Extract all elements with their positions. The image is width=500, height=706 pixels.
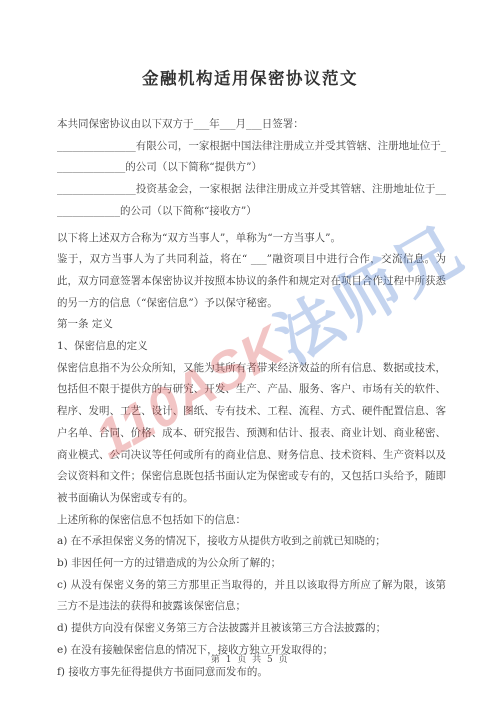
paragraph-12: c) 从没有保密义务的第三方那里正当取得的，并且以该取得方所应了解为限，该第三方… [57, 575, 446, 618]
paragraph-10: a) 在不承担保密义务的情况下，接收方从提供方收到之前就已知晓的； [57, 531, 446, 553]
paragraph-4: 以下将上述双方合称为“双方当事人”，单称为“一方当事人”。 [57, 228, 446, 250]
document-body: 本共同保密协议由以下双方于___年___月___日签署：____________… [57, 114, 446, 683]
paragraph-8: 保密信息指不为公众所知，又能为其所有者带来经济效益的所有信息、数据或技术，包括但… [57, 358, 446, 510]
page-number: 第 1 页 共 5 页 [0, 652, 500, 665]
paragraph-1: 本共同保密协议由以下双方于___年___月___日签署： [57, 114, 446, 136]
paragraph-2: _______________有限公司，一家根据中国法律注册成立并受其管辖、注册… [57, 136, 446, 179]
paragraph-3: _______________投资基金会，一家根据 法律注册成立并受其管辖、注册… [57, 179, 446, 222]
paragraph-7: 1、保密信息的定义 [57, 336, 446, 358]
paragraph-5: 鉴于，双方当事人为了共同利益，将在“ ___”融资项目中进行合作，交流信息。为此… [57, 249, 446, 314]
paragraph-9: 上述所称的保密信息不包括如下的信息： [57, 510, 446, 532]
document-page: 金融机构适用保密协议范文 本共同保密协议由以下双方于___年___月___日签署… [0, 0, 500, 706]
paragraph-13: d) 提供方向没有保密义务第三方合法披露并且被该第三方合法披露的； [57, 618, 446, 640]
paragraph-6: 第一条 定义 [57, 314, 446, 336]
document-title: 金融机构适用保密协议范文 [0, 65, 500, 89]
paragraph-11: b) 非因任何一方的过错造成的为公众所了解的； [57, 553, 446, 575]
